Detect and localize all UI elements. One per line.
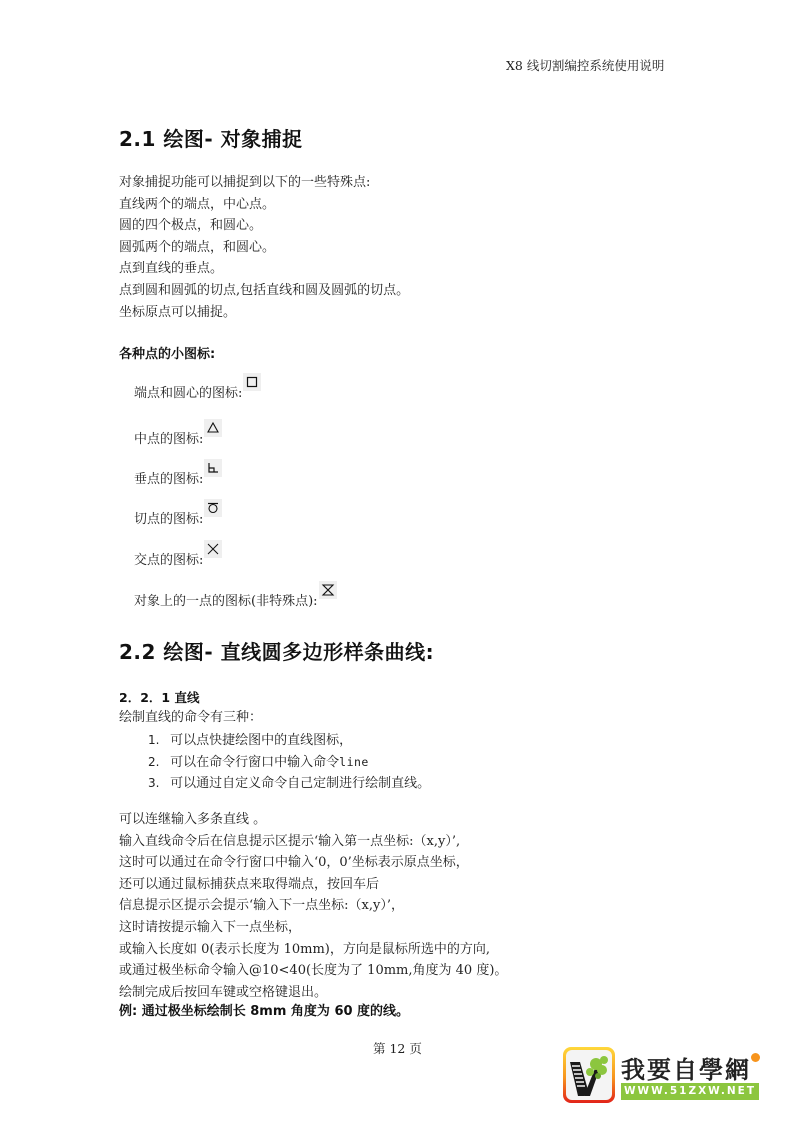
icons-heading: 各种点的小图标: <box>119 343 215 362</box>
paragraph-line: 信息提示区提示会提示‘输入下一点坐标:（x,y）’， <box>119 895 507 917</box>
paragraph-line: 圆的四个极点，和圆心。 <box>119 215 409 237</box>
icon-row-perpendicular: 垂点的图标: <box>134 459 222 487</box>
paragraph-line: 或通过极坐标命令输入@10<40(长度为了 10mm,角度为 40 度)。 <box>119 960 507 982</box>
icon-label: 切点的图标: <box>134 512 203 527</box>
paragraph-line: 这时请按提示输入下一点坐标， <box>119 917 507 939</box>
list-item: 1. 可以点快捷绘图中的直线图标， <box>148 730 430 752</box>
logo-badge <box>563 1047 615 1103</box>
paragraph-line: 点到圆和圆弧的切点,包括直线和圆及圆弧的切点。 <box>119 280 409 302</box>
line-methods-list: 1. 可以点快捷绘图中的直线图标， 2. 可以在命令行窗口中输入命令line 3… <box>148 730 430 795</box>
logo-dot <box>751 1053 760 1062</box>
list-item: 3. 可以通过自定义命令自己定制进行绘制直线。 <box>148 773 430 795</box>
logo-title: 我要自學網 <box>621 1050 751 1085</box>
paragraph-line: 直线两个的端点，中心点。 <box>119 194 409 216</box>
paragraph-line: 点到直线的垂点。 <box>119 258 409 280</box>
document-header: X8 线切割编控系统使用说明 <box>506 56 664 74</box>
paragraph-line: 输入直线命令后在信息提示区提示‘输入第一点坐标:（x,y）’, <box>119 831 507 853</box>
example-line: 例: 通过极坐标绘制长 8mm 角度为 60 度的线。 <box>119 1000 409 1019</box>
paragraph-line: 圆弧两个的端点，和圆心。 <box>119 237 409 259</box>
square-snap-icon <box>243 373 261 391</box>
icon-row-midpoint: 中点的图标: <box>134 419 222 447</box>
icon-label: 垂点的图标: <box>134 472 203 487</box>
section-heading-2-1: 2.1 绘图- 对象捕捉 <box>119 123 303 152</box>
tangent-snap-icon <box>204 499 222 517</box>
paragraph-line: 还可以通过鼠标捕获点来取得端点，按回车后 <box>119 874 507 896</box>
paragraph-line: 这时可以通过在命令行窗口中输入‘0，0’坐标表示原点坐标， <box>119 852 507 874</box>
subsection-heading-2-2-1: 2．2．1 直线 <box>119 688 199 706</box>
line-intro: 绘制直线的命令有三种： <box>119 707 262 729</box>
nearest-snap-icon <box>319 581 337 599</box>
paragraph-line: 对象捕捉功能可以捕捉到以下的一些特殊点: <box>119 172 409 194</box>
icon-row-intersection: 交点的图标: <box>134 540 222 568</box>
command-code: line <box>339 755 369 769</box>
icon-row-nearest: 对象上的一点的图标(非特殊点): <box>134 581 337 609</box>
paragraph-line: 或输入长度如 0(表示长度为 10mm)，方向是鼠标所选中的方向, <box>119 939 507 961</box>
triangle-snap-icon <box>204 419 222 437</box>
perpendicular-snap-icon <box>204 459 222 477</box>
logo-url: WWW.51ZXW.NET <box>621 1083 759 1100</box>
icon-label: 交点的图标: <box>134 553 203 568</box>
snap-description: 对象捕捉功能可以捕捉到以下的一些特殊点: 直线两个的端点，中心点。 圆的四个极点… <box>119 172 409 323</box>
paragraph-line: 可以连继输入多条直线 。 <box>119 809 507 831</box>
line-instructions: 可以连继输入多条直线 。 输入直线命令后在信息提示区提示‘输入第一点坐标:（x,… <box>119 809 507 1003</box>
icon-label: 对象上的一点的图标(非特殊点): <box>134 594 318 609</box>
icon-label: 端点和圆心的图标: <box>134 386 242 401</box>
icon-row-endpoint: 端点和圆心的图标: <box>134 373 261 401</box>
intersection-snap-icon <box>204 540 222 558</box>
icon-label: 中点的图标: <box>134 432 203 447</box>
watermark-logo: 我要自學網 WWW.51ZXW.NET <box>563 1047 763 1105</box>
logo-v-icon <box>566 1050 612 1100</box>
icon-row-tangent: 切点的图标: <box>134 499 222 527</box>
list-item: 2. 可以在命令行窗口中输入命令line <box>148 752 430 774</box>
paragraph-line: 坐标原点可以捕捉。 <box>119 302 409 324</box>
section-heading-2-2: 2.2 绘图- 直线圆多边形样条曲线: <box>119 636 434 665</box>
page-number: 第 12 页 <box>373 1039 422 1057</box>
